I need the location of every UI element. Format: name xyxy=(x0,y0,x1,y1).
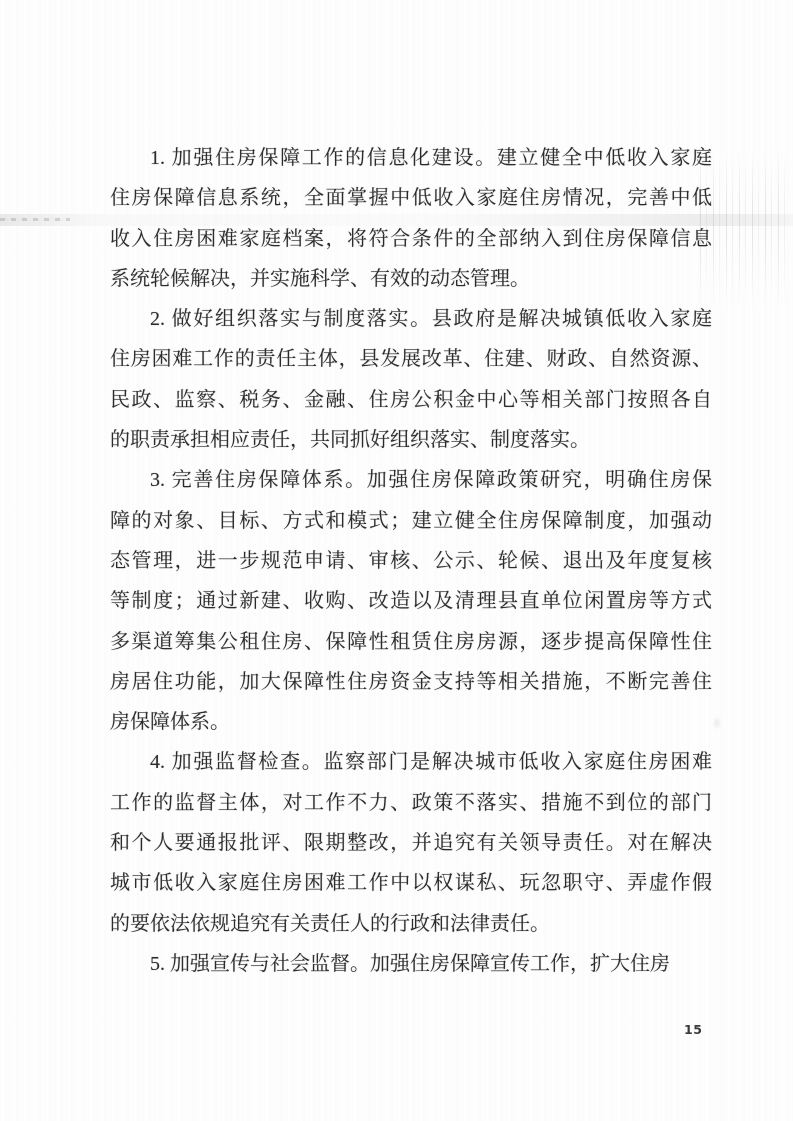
text-line: 等制度；通过新建、收购、改造以及清理县直单位闲置房等方式 xyxy=(110,581,712,621)
text-line: 房居住功能，加大保障性住房资金支持等相关措施，不断完善住 xyxy=(110,662,712,702)
text-line: 障的对象、目标、方式和模式；建立健全住房保障制度，加强动 xyxy=(110,501,712,541)
text-line: 民政、监察、税务、金融、住房公积金中心等相关部门按照各自 xyxy=(110,380,712,420)
text-line: 态管理，进一步规范申请、审核、公示、轮候、退出及年度复核 xyxy=(110,541,712,581)
text-line: 5. 加强宣传与社会监督。加强住房保障宣传工作，扩大住房 xyxy=(110,944,712,984)
text-line: 1. 加强住房保障工作的信息化建设。建立健全中低收入家庭 xyxy=(110,138,712,178)
text-line: 城市低收入家庭住房困难工作中以权谋私、玩忽职守、弄虚作假 xyxy=(110,863,712,903)
text-line: 工作的监督主体，对工作不力、政策不落实、措施不到位的部门 xyxy=(110,783,712,823)
text-line: 住房保障信息系统，全面掌握中低收入家庭住房情况，完善中低 xyxy=(110,178,712,218)
text-line: 系统轮候解决，并实施科学、有效的动态管理。 xyxy=(110,259,712,299)
text-line: 房保障体系。 xyxy=(110,702,712,742)
text-line: 住房困难工作的责任主体，县发展改革、住建、财政、自然资源、 xyxy=(110,339,712,379)
text-line: 3. 完善住房保障体系。加强住房保障政策研究，明确住房保 xyxy=(110,460,712,500)
text-line: 4. 加强监督检查。监察部门是解决城市低收入家庭住房困难 xyxy=(110,742,712,782)
document-page: 1. 加强住房保障工作的信息化建设。建立健全中低收入家庭住房保障信息系统，全面掌… xyxy=(0,0,793,1121)
scan-artifact-speck xyxy=(712,716,722,730)
page-number: 15 xyxy=(684,1022,702,1037)
text-line: 2. 做好组织落实与制度落实。县政府是解决城镇低收入家庭 xyxy=(110,299,712,339)
scan-artifact-vertical-streaks xyxy=(700,150,790,310)
text-line: 的要依法依规追究有关责任人的行政和法律责任。 xyxy=(110,904,712,944)
text-line: 和个人要通报批评、限期整改，并追究有关领导责任。对在解决 xyxy=(110,823,712,863)
text-line: 收入住房困难家庭档案，将符合条件的全部纳入到住房保障信息 xyxy=(110,219,712,259)
text-line: 多渠道筹集公租住房、保障性租赁住房房源，逐步提高保障性住 xyxy=(110,622,712,662)
text-line: 的职责承担相应责任，共同抓好组织落实、制度落实。 xyxy=(110,420,712,460)
document-body: 1. 加强住房保障工作的信息化建设。建立健全中低收入家庭住房保障信息系统，全面掌… xyxy=(110,138,712,984)
